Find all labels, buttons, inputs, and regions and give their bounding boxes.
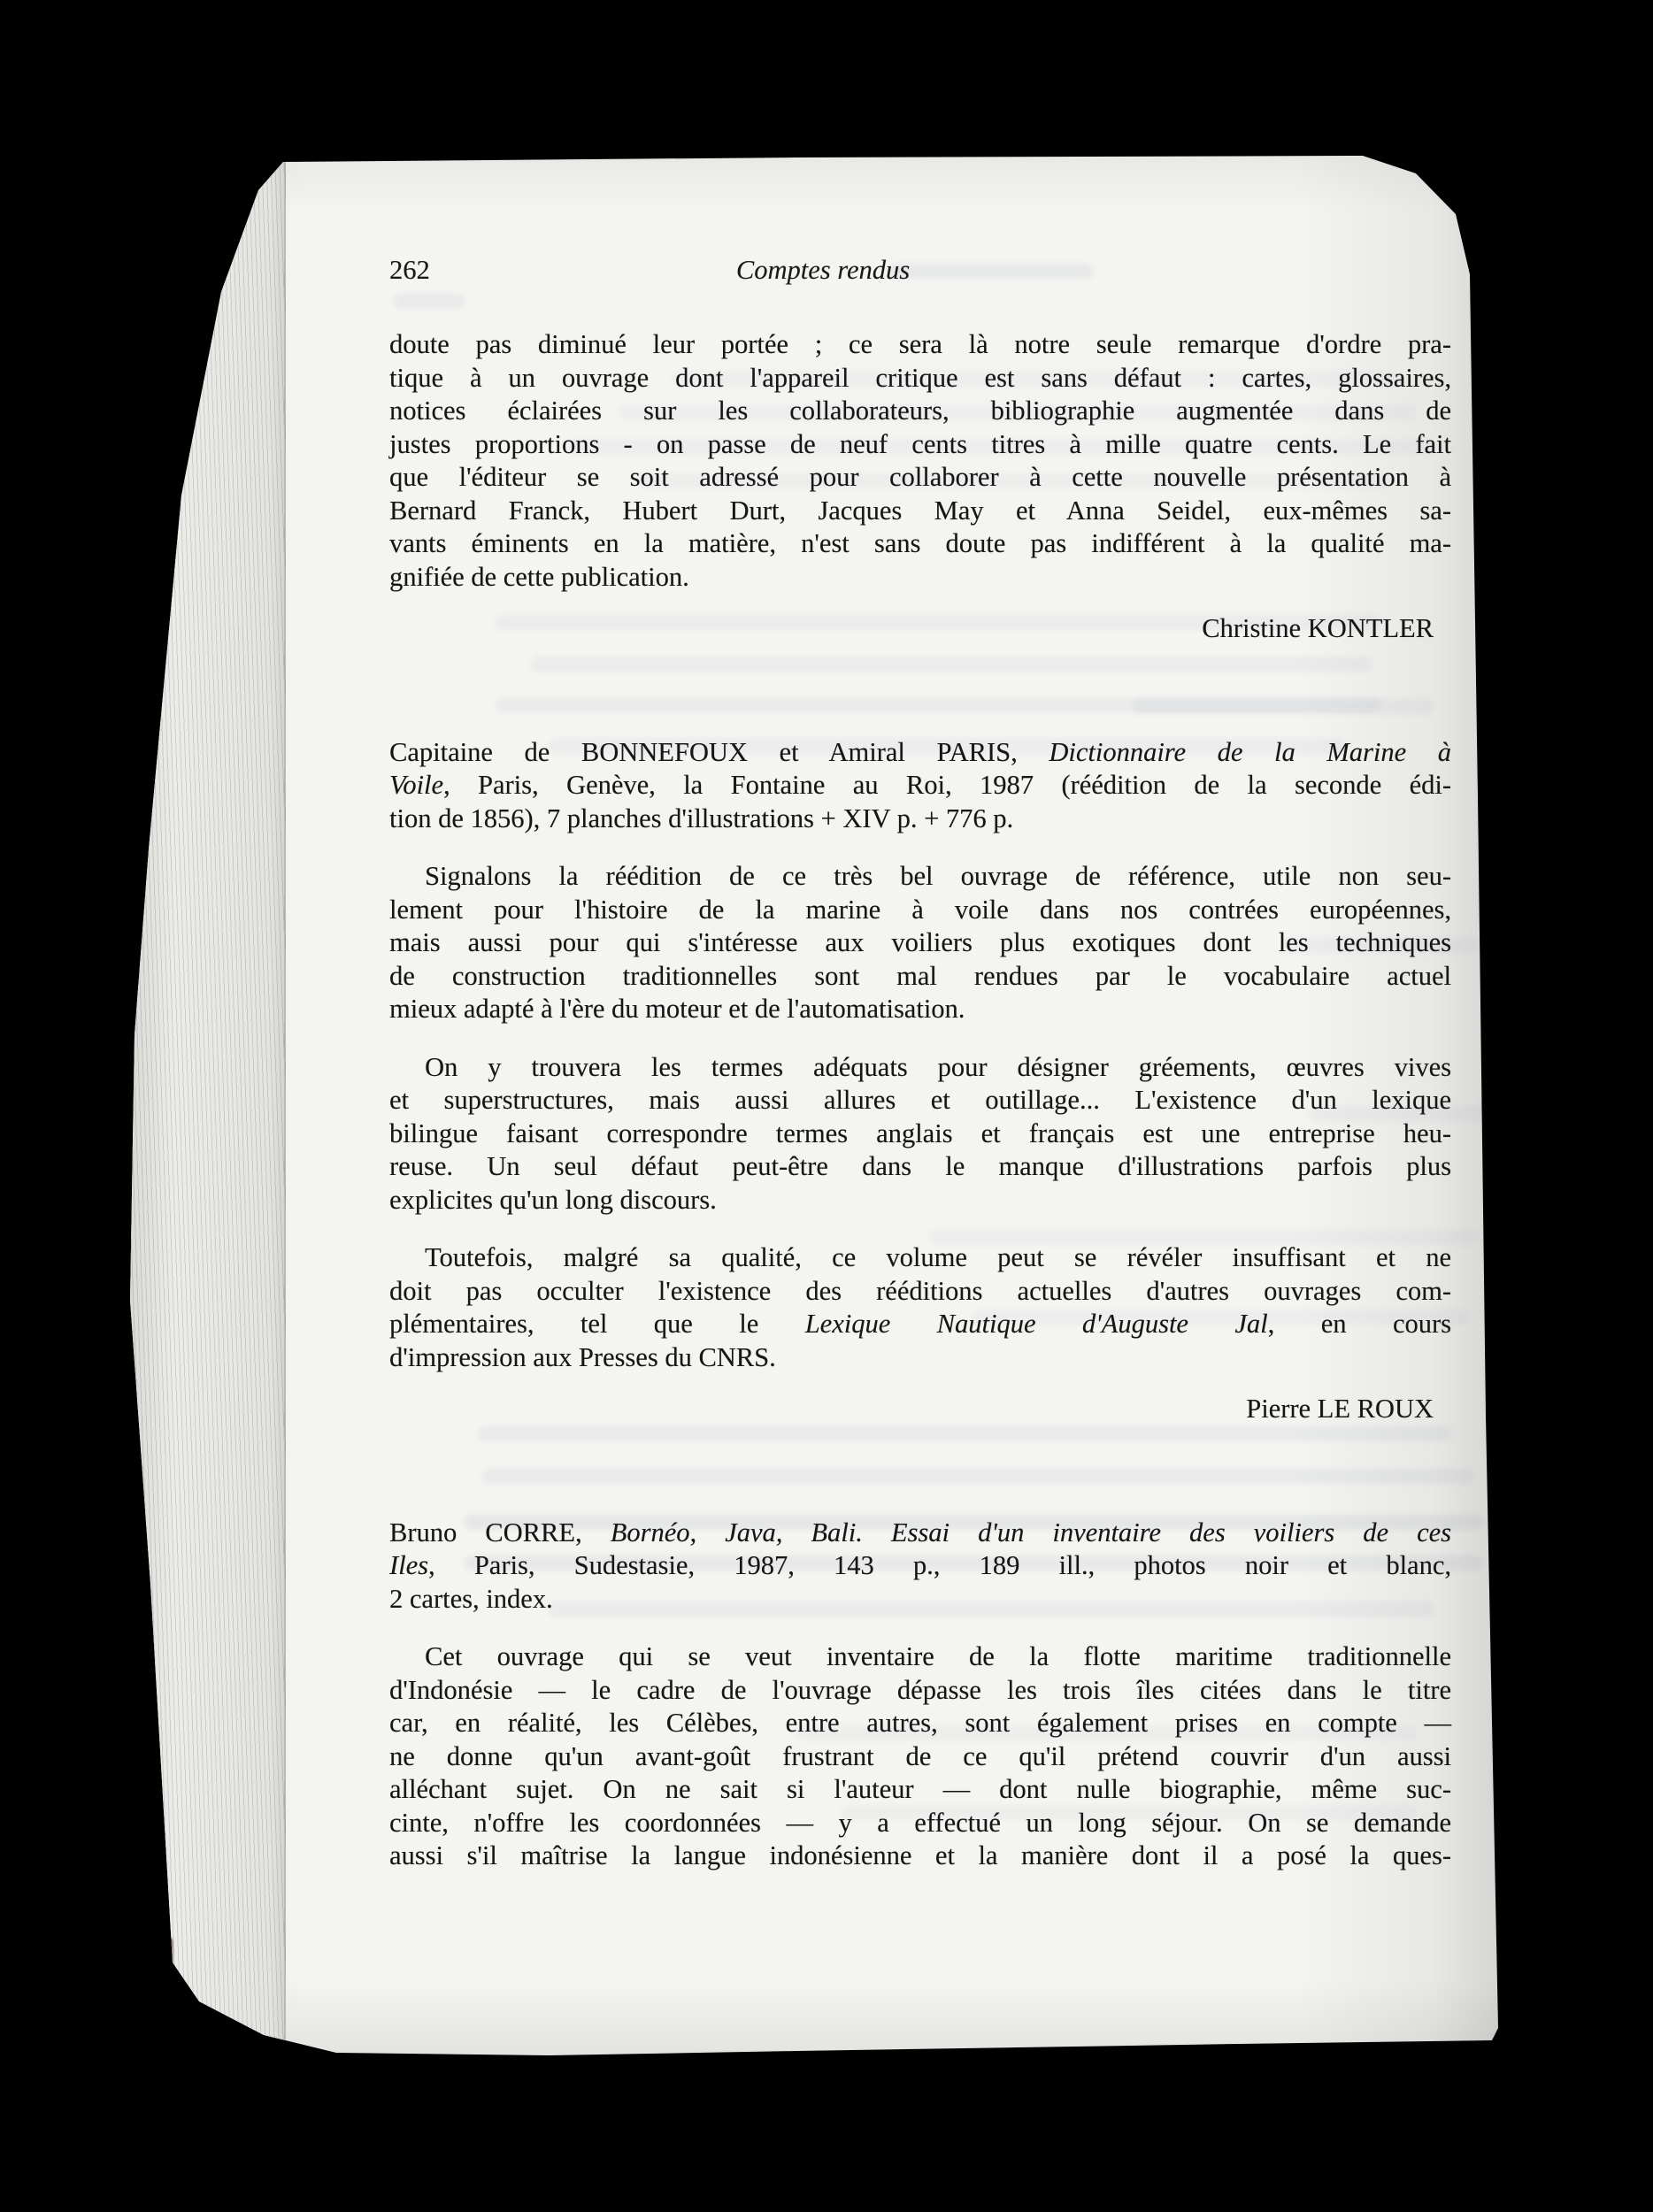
text-line: que l'éditeur se soit adressé pour colla…	[389, 461, 1451, 495]
review-heading: Bruno CORRE, Bornéo, Java, Bali. Essai d…	[389, 1517, 1451, 1617]
text-segment: 2 cartes, index.	[389, 1584, 553, 1614]
text-segment: mieux adapté à l'ère du moteur et de l'a…	[389, 994, 965, 1024]
text-line: plémentaires, tel que le Lexique Nautiqu…	[389, 1308, 1451, 1341]
text-line: tion de 1856), 7 planches d'illustration…	[389, 803, 1451, 836]
text-segment: vants éminents en la matière, n'est sans…	[389, 528, 1451, 558]
text-segment: lement pour l'histoire de la marine à vo…	[389, 895, 1451, 925]
text-line: ne donne qu'un avant-goût frustrant de c…	[389, 1740, 1451, 1774]
text-segment: car, en réalité, les Célèbes, entre autr…	[389, 1708, 1451, 1738]
review-heading: Capitaine de BONNEFOUX et Amiral PARIS, …	[389, 736, 1451, 836]
text-line: mais aussi pour qui s'intéresse aux voil…	[389, 926, 1451, 960]
text-line: reuse. Un seul défaut peut-être dans le …	[389, 1150, 1451, 1184]
text-segment: d'impression aux Presses du CNRS.	[389, 1342, 776, 1372]
text-line: doit pas occulter l'existence des réédit…	[389, 1275, 1451, 1309]
text-line: bilingue faisant correspondre termes ang…	[389, 1118, 1451, 1151]
text-segment: et superstructures, mais aussi allures e…	[389, 1085, 1451, 1115]
text-line: tique à un ouvrage dont l'appareil criti…	[389, 362, 1451, 396]
text-segment: , Paris, Genève, la Fontaine au Roi, 198…	[443, 770, 1451, 800]
text-line: d'Indonésie — le cadre de l'ouvrage dépa…	[389, 1674, 1451, 1708]
paragraph: On y trouvera les termes adéquats pour d…	[389, 1051, 1451, 1217]
text-line: cinte, n'offre les coordonnées — y a eff…	[389, 1807, 1451, 1840]
page-stack-edge	[128, 154, 286, 2056]
text-segment: alléchant sujet. On ne sait si l'auteur …	[389, 1774, 1451, 1804]
text-segment: reuse. Un seul défaut peut-être dans le …	[389, 1151, 1451, 1181]
italic-text-segment: Voile	[389, 770, 443, 800]
text-column: doute pas diminué leur portée ; ce sera …	[389, 288, 1451, 1873]
italic-text-segment: Dictionnaire de la Marine à	[1049, 737, 1451, 767]
text-segment: , en cours	[1268, 1309, 1451, 1339]
text-segment: Bruno CORRE,	[389, 1517, 611, 1548]
text-segment: justes proportions - on passe de neuf ce…	[389, 429, 1451, 459]
scanned-book-photo: 262 Comptes rendus doute pas diminué leu…	[0, 0, 1653, 2212]
paragraph: Cet ouvrage qui se veut inventaire de la…	[389, 1640, 1451, 1873]
text-segment: , Paris, Sudestasie, 1987, 143 p., 189 i…	[428, 1550, 1451, 1580]
text-line: aussi s'il maîtrise la langue indonésien…	[389, 1839, 1451, 1873]
text-segment: Cet ouvrage qui se veut inventaire de la…	[425, 1641, 1451, 1671]
text-line: On y trouvera les termes adéquats pour d…	[389, 1051, 1451, 1085]
text-segment: que l'éditeur se soit adressé pour colla…	[389, 462, 1451, 492]
text-line: d'impression aux Presses du CNRS.	[389, 1341, 1451, 1375]
text-segment: de construction traditionnelles sont mal…	[389, 961, 1451, 991]
text-segment: gnifiée de cette publication.	[389, 562, 689, 592]
text-line: explicites qu'un long discours.	[389, 1184, 1451, 1217]
text-line: Cet ouvrage qui se veut inventaire de la…	[389, 1640, 1451, 1674]
text-line: Voile, Paris, Genève, la Fontaine au Roi…	[389, 769, 1451, 803]
text-segment: doit pas occulter l'existence des réédit…	[389, 1276, 1451, 1306]
text-segment: Toutefois, malgré sa qualité, ce volume …	[425, 1242, 1451, 1272]
book-cover-sliver	[165, 1938, 173, 2022]
text-segment: doute pas diminué leur portée ; ce sera …	[389, 329, 1451, 359]
reviewer-signature: Pierre LE ROUX	[389, 1393, 1451, 1426]
text-line: de construction traditionnelles sont mal…	[389, 960, 1451, 994]
page-number: 262	[389, 255, 430, 285]
text-line: et superstructures, mais aussi allures e…	[389, 1084, 1451, 1118]
reviewer-signature: Christine KONTLER	[389, 612, 1451, 646]
text-line: justes proportions - on passe de neuf ce…	[389, 428, 1451, 462]
text-line: 2 cartes, index.	[389, 1583, 1451, 1617]
text-line: notices éclairées sur les collaborateurs…	[389, 395, 1451, 428]
page-header: 262 Comptes rendus	[389, 254, 1451, 288]
text-line: Bruno CORRE, Bornéo, Java, Bali. Essai d…	[389, 1517, 1451, 1550]
text-segment: Signalons la réédition de ce très bel ou…	[425, 861, 1451, 891]
text-segment: plémentaires, tel que le	[389, 1309, 805, 1339]
text-line: Bernard Franck, Hubert Durt, Jacques May…	[389, 495, 1451, 528]
text-segment: d'Indonésie — le cadre de l'ouvrage dépa…	[389, 1675, 1451, 1705]
text-segment: ne donne qu'un avant-goût frustrant de c…	[389, 1741, 1451, 1771]
text-line: Iles, Paris, Sudestasie, 1987, 143 p., 1…	[389, 1549, 1451, 1583]
paragraph: Toutefois, malgré sa qualité, ce volume …	[389, 1241, 1451, 1374]
running-title: Comptes rendus	[736, 254, 910, 288]
text-segment: aussi s'il maîtrise la langue indonésien…	[389, 1840, 1451, 1870]
text-segment: explicites qu'un long discours.	[389, 1185, 717, 1215]
italic-text-segment: Lexique Nautique d'Auguste Jal	[805, 1309, 1268, 1339]
text-line: doute pas diminué leur portée ; ce sera …	[389, 328, 1451, 362]
paragraph: Signalons la réédition de ce très bel ou…	[389, 860, 1451, 1026]
text-line: alléchant sujet. On ne sait si l'auteur …	[389, 1773, 1451, 1807]
text-line: lement pour l'histoire de la marine à vo…	[389, 894, 1451, 927]
text-line: Capitaine de BONNEFOUX et Amiral PARIS, …	[389, 736, 1451, 770]
text-segment: tion de 1856), 7 planches d'illustration…	[389, 803, 1013, 833]
text-segment: Bernard Franck, Hubert Durt, Jacques May…	[389, 495, 1451, 526]
italic-text-segment: Iles	[389, 1550, 428, 1580]
text-segment: notices éclairées sur les collaborateurs…	[389, 396, 1451, 426]
text-line: gnifiée de cette publication.	[389, 561, 1451, 595]
text-segment: tique à un ouvrage dont l'appareil criti…	[389, 363, 1451, 393]
paragraph: doute pas diminué leur portée ; ce sera …	[389, 328, 1451, 594]
text-segment: mais aussi pour qui s'intéresse aux voil…	[389, 927, 1451, 957]
text-line: mieux adapté à l'ère du moteur et de l'a…	[389, 993, 1451, 1026]
text-line: vants éminents en la matière, n'est sans…	[389, 527, 1451, 561]
italic-text-segment: Bornéo, Java, Bali. Essai d'un inventair…	[611, 1517, 1451, 1548]
text-segment: bilingue faisant correspondre termes ang…	[389, 1118, 1451, 1148]
text-segment: On y trouvera les termes adéquats pour d…	[425, 1052, 1451, 1082]
text-line: Signalons la réédition de ce très bel ou…	[389, 860, 1451, 894]
book-page: 262 Comptes rendus doute pas diminué leu…	[128, 154, 1500, 2056]
text-line: Toutefois, malgré sa qualité, ce volume …	[389, 1241, 1451, 1275]
text-line: car, en réalité, les Célèbes, entre autr…	[389, 1707, 1451, 1740]
text-segment: cinte, n'offre les coordonnées — y a eff…	[389, 1808, 1451, 1838]
text-segment: Capitaine de BONNEFOUX et Amiral PARIS,	[389, 737, 1049, 767]
